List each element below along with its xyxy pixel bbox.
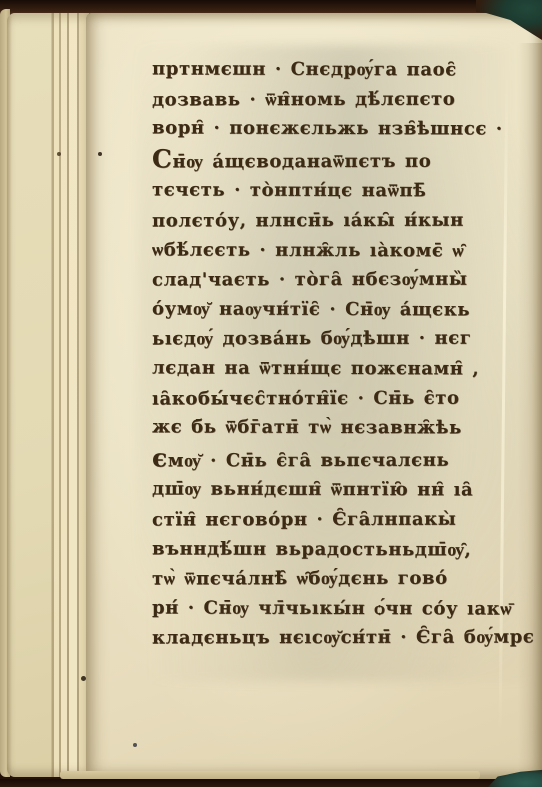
- text-line: рн́ · Сн̄ѹ чл̄чьıкы́н ѻ́чн со́у ıакѡ̄: [152, 593, 532, 624]
- text-line: кладєньцъ нєıсѹ̆сн́тн̄ · Є̑га̑ бѹ́мрє: [152, 623, 532, 654]
- text-line: стїн̑ нєгово́рн · Є̑га̑лнпакы̀: [152, 504, 532, 535]
- text-line: о́умѹ̆ наѹчн́тїє̑ · Сн̄ѹ а́щєкь: [152, 294, 532, 325]
- text-line: вънндѣ́шн вьрадостьньдш̄ѹ̑,: [152, 534, 532, 565]
- ink-speck: [57, 152, 61, 156]
- text-line: ѡбѣ́лєєть · нлнж̑ль ıа̀комє̄ ѡ̑: [152, 235, 532, 266]
- text-line: полєто́у, нлнсн̄ь ıа́кы̑ н́кын: [152, 206, 532, 237]
- text-line: ємѹ̆ · Сн̄ь є̑га̑ вьпєчалєнь: [152, 442, 532, 476]
- book-cover-top-edge: [0, 0, 542, 14]
- text-line: жє б̄ь ѿбг̄атн̄ тѡ̀ нєзавнж̑ѣь: [152, 413, 532, 444]
- text-line: Сн̄ѹ а́щєводанаѿпєтъ по: [152, 143, 532, 177]
- book-cover-bottom-edge: [0, 779, 542, 787]
- text-line: слад'чаєть · то̀га̑ нбєзѹ́мны̏: [152, 265, 532, 296]
- text-line: дш̄ѹ вьнн́дєшн̑ ѿпнтїю̑ нн̑ ıа̑: [152, 475, 532, 506]
- ink-speck: [133, 743, 137, 747]
- text-line: тѡ̀ ѿпєча́лнѣ̑ ѡ̑бѹ́дєнь гово́: [152, 564, 532, 595]
- text-line: тєчєть · то̀нптн́цє наѿпѣ̄: [152, 176, 532, 207]
- manuscript-photo: пртнмєшн · Снєдрѹ́га паоє̑дозвавь · ѿн̑н…: [0, 0, 542, 787]
- text-line: лєдан на ѿтнн́щє пожєнамн̑ ,: [152, 353, 532, 384]
- bottom-page-edge: [60, 771, 480, 779]
- text-line: ьıєдѹ́ дозва́нь бѹ́дѣшн · нєг: [152, 324, 532, 355]
- ink-speck: [98, 152, 102, 156]
- text-line: пртнмєшн · Снєдрѹ́га паоє̑: [152, 54, 532, 85]
- text-line: ıа̑кобы́чєс̑тно́тн̑їє · Сн̄ь є̑то: [152, 383, 532, 414]
- ink-speck: [81, 676, 86, 681]
- text-block: пртнмєшн · Снєдрѹ́га паоє̑дозвавь · ѿн̑н…: [152, 55, 532, 653]
- text-line: дозвавь · ѿн̑номь дѣ́лєпєто: [152, 84, 532, 115]
- text-line: ворн̑ · понєжєльжь нзв̑ѣшнсє ·: [152, 114, 532, 145]
- facing-page-and-gutter-folds: [7, 13, 89, 777]
